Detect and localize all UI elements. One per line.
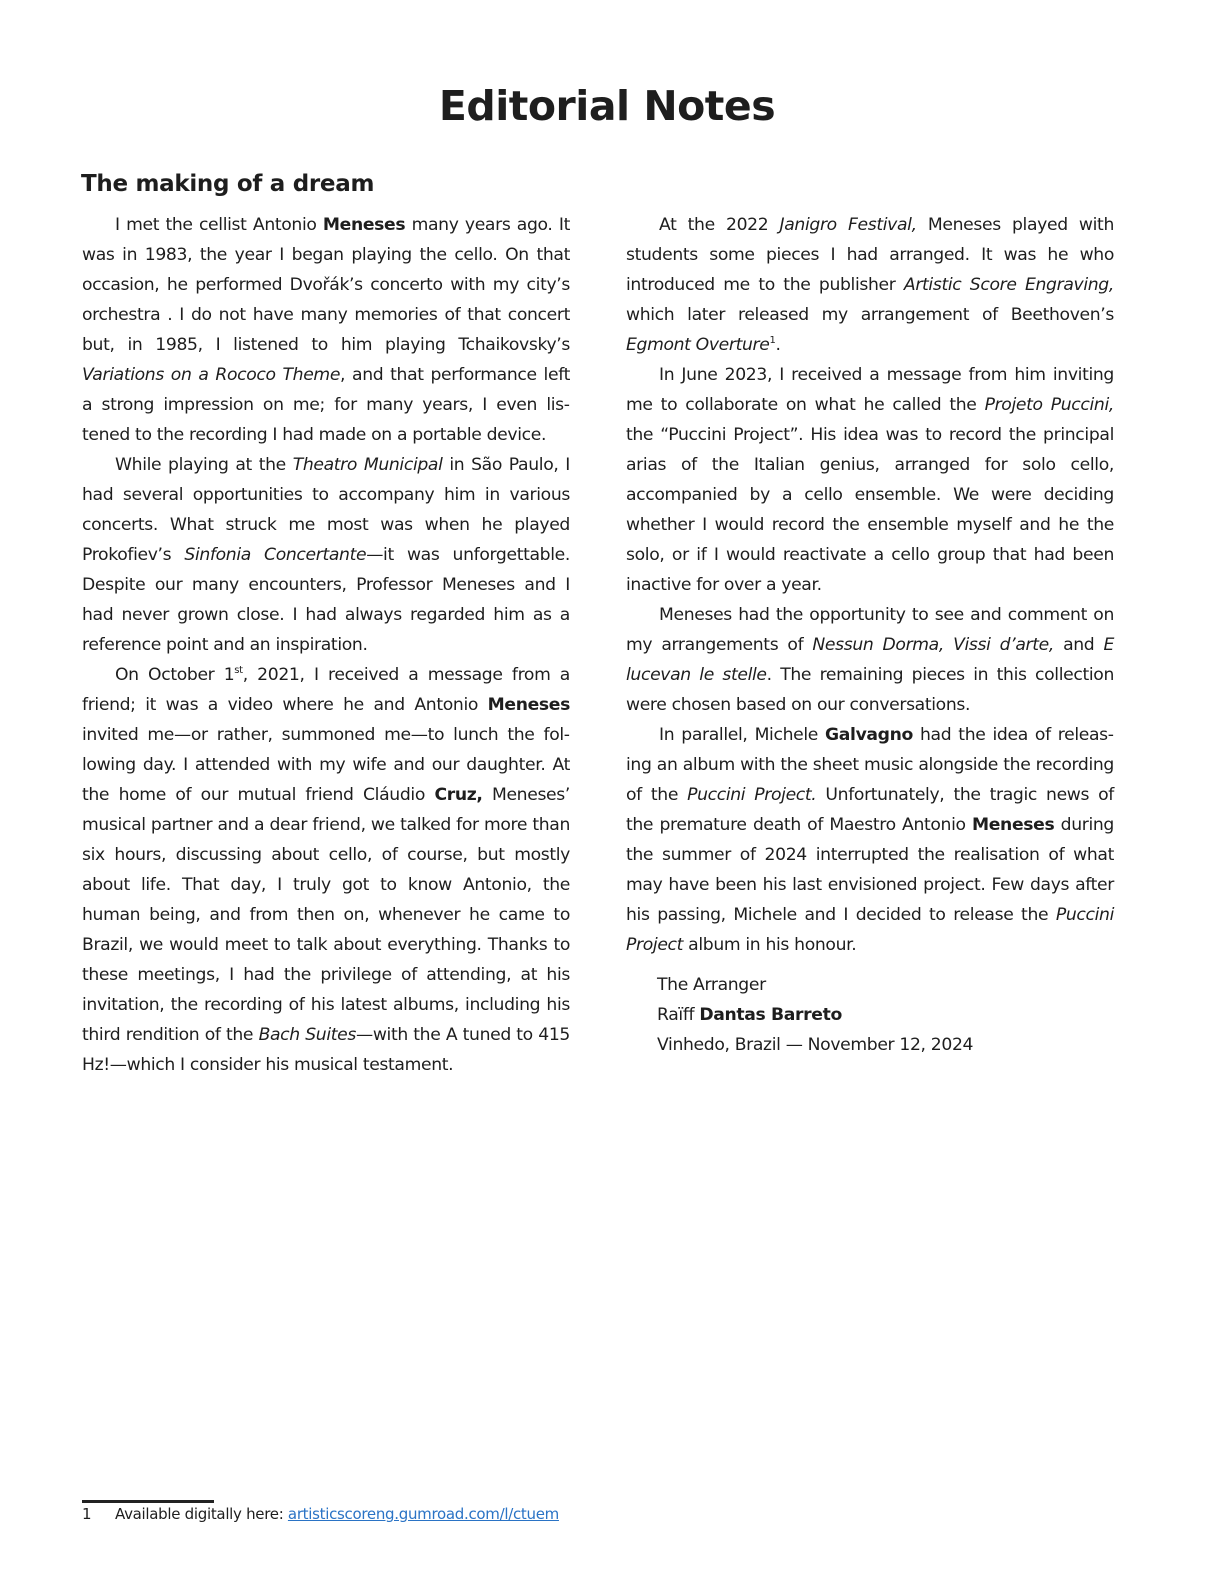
name-meneses: Meneses	[972, 815, 1054, 835]
project-name: Puccini Project.	[687, 785, 816, 805]
project-name: Projeto Puccini,	[985, 395, 1114, 415]
paragraph-janigro-festival: At the 2022 Janigro Festival, Meneses pl…	[626, 210, 1114, 360]
paragraph-october-2021: On October 1st, 2021, I received a messa…	[82, 660, 570, 1080]
footnote-text: Available digitally here:	[115, 1505, 288, 1523]
section-title: The making of a dream	[81, 171, 374, 197]
paragraph-in-parallel: In parallel, Michele Galvagno had the id…	[626, 720, 1114, 960]
footnote-divider	[82, 1500, 214, 1503]
signature-place-date: Vinhedo, Brazil — November 12, 2024	[657, 1030, 1114, 1060]
festival-name: Janigro Festival,	[780, 215, 917, 235]
name-galvagno: Galvagno	[825, 725, 913, 745]
paragraph-arrangements: Meneses had the opportunity to see and c…	[626, 600, 1114, 720]
work-title: Bach Suites	[259, 1025, 356, 1045]
name-cruz: Cruz,	[434, 785, 482, 805]
work-title: Variations on a Rococo Theme	[82, 365, 340, 385]
signature-name: Raïff Dantas Barreto	[657, 1000, 1114, 1030]
footnote-link[interactable]: artisticscoreng.gumroad.com/l/ctuem	[288, 1505, 559, 1523]
footnote-number: 1	[82, 1505, 115, 1523]
signature-block: The Arranger Raïff Dantas Barreto Vinhed…	[626, 970, 1114, 1060]
name-meneses: Meneses	[488, 695, 570, 715]
ordinal-suffix: st	[234, 665, 242, 676]
publisher-name: Artistic Score Engraving,	[904, 275, 1114, 295]
work-titles: Nessun Dorma, Vissi d’arte,	[812, 635, 1054, 655]
page-title: Editorial Notes	[0, 82, 1214, 130]
right-column: At the 2022 Janigro Festival, Meneses pl…	[626, 210, 1114, 1060]
paragraph-june-2023: In June 2023, I received a message from …	[626, 360, 1114, 600]
work-title: Sinfonia Concertante	[184, 545, 366, 565]
name-meneses: Meneses	[323, 215, 405, 235]
footnote: 1Available digitally here: artisticscore…	[82, 1505, 559, 1523]
paragraph-first-meeting: I met the cellist Antonio Meneses many y…	[82, 210, 570, 450]
left-column: I met the cellist Antonio Meneses many y…	[82, 210, 570, 1080]
venue-name: Theatro Municipal	[293, 455, 443, 475]
work-title: Egmont Overture	[626, 335, 770, 355]
paragraph-theatro-municipal: While playing at the Theatro Municipal i…	[82, 450, 570, 660]
signature-role: The Arranger	[657, 970, 1114, 1000]
